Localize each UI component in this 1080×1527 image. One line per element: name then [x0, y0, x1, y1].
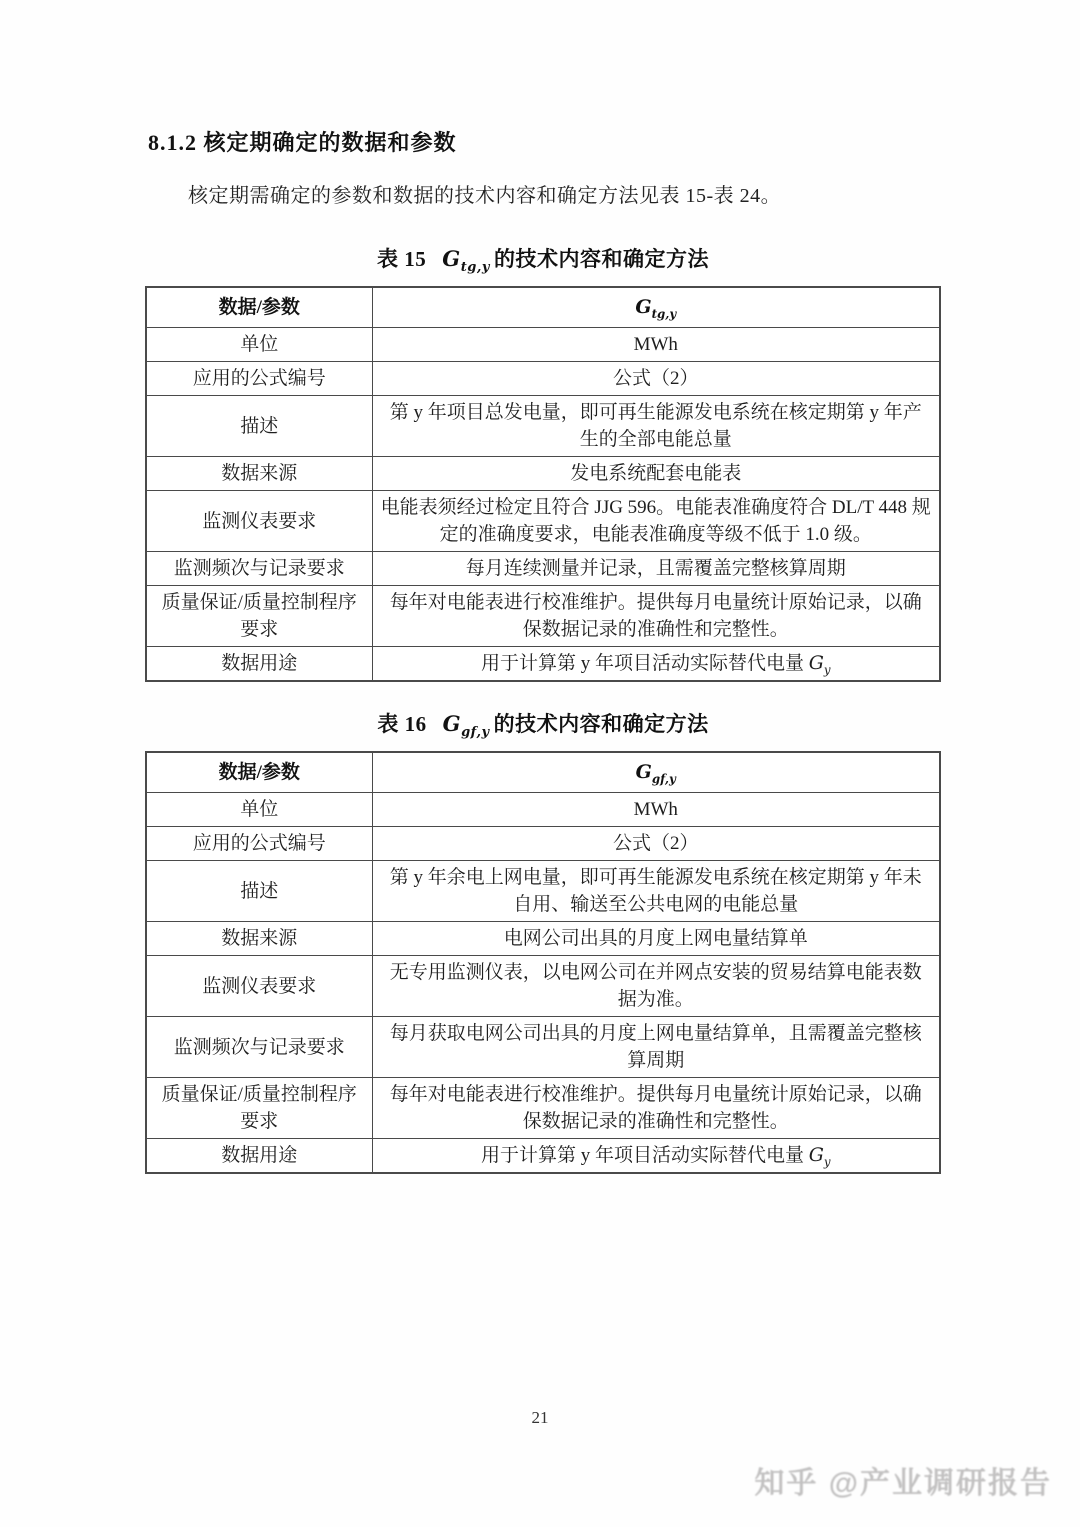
table-row: 监测频次与记录要求 每月连续测量并记录，且需覆盖完整核算周期 [146, 552, 940, 586]
symbol-base: G [443, 711, 461, 736]
row-value-cell: 每年对电能表进行校准维护。提供每月电量统计原始记录，以确保数据记录的准确性和完整… [372, 1078, 940, 1139]
row-label-cell: 数据来源 [146, 922, 372, 956]
row-label-cell: 监测频次与记录要求 [146, 552, 372, 586]
row-label-cell: 监测频次与记录要求 [146, 1017, 372, 1078]
symbol-subscript: y [824, 663, 831, 677]
table-row: 数据用途 用于计算第 y 年项目活动实际替代电量 Gy [146, 647, 940, 682]
row-label-cell: 监测仪表要求 [146, 491, 372, 552]
table-row: 监测仪表要求 无专用监测仪表，以电网公司在并网点安装的贸易结算电能表数据为准。 [146, 956, 940, 1017]
row-value-text: 用于计算第 y 年项目活动实际替代电量 [481, 653, 809, 674]
intro-paragraph: 核定期需确定的参数和数据的技术内容和确定方法见表 15-表 24。 [188, 179, 781, 208]
parameter-symbol: Gtg,y [635, 297, 676, 318]
row-label-cell: 质量保证/质量控制程序要求 [146, 586, 372, 647]
row-label-cell: 数据来源 [146, 457, 372, 491]
table15-caption-text: 的技术内容和确定方法 [494, 247, 709, 271]
table15-caption-symbol: Gtg,y [442, 247, 490, 271]
row-value-cell: 第 y 年项目总发电量，即可再生能源发电系统在核定期第 y 年产生的全部电能总量 [372, 396, 940, 457]
parameter-symbol: Gy [809, 1145, 831, 1166]
table-row: 质量保证/质量控制程序要求 每年对电能表进行校准维护。提供每月电量统计原始记录，… [146, 1078, 940, 1139]
row-label-cell: 质量保证/质量控制程序要求 [146, 1078, 372, 1139]
header-value-cell: Gtg,y [372, 287, 940, 328]
row-label-cell: 数据用途 [146, 1139, 372, 1174]
row-value-cell: 发电系统配套电能表 [372, 457, 940, 491]
page-number: 21 [0, 1408, 1080, 1428]
row-value-cell: 公式（2） [372, 827, 940, 861]
table15-caption-number: 表 15 [377, 247, 426, 271]
row-label-cell: 应用的公式编号 [146, 827, 372, 861]
symbol-subscript: gf,y [461, 725, 490, 740]
row-value-cell: MWh [372, 328, 940, 362]
symbol-subscript: tg,y [652, 307, 677, 321]
symbol-base: G [636, 761, 652, 783]
table-row: 描述 第 y 年余电上网电量，即可再生能源发电系统在核定期第 y 年未自用、输送… [146, 861, 940, 922]
table-row: 监测仪表要求 电能表须经过检定且符合 JJG 596。电能表准确度符合 DL/T… [146, 491, 940, 552]
row-value-cell: MWh [372, 793, 940, 827]
table-row: 数据来源 电网公司出具的月度上网电量结算单 [146, 922, 940, 956]
table-header-row: 数据/参数 Gtg,y [146, 287, 940, 328]
symbol-base: G [809, 652, 824, 674]
table-row: 描述 第 y 年项目总发电量，即可再生能源发电系统在核定期第 y 年产生的全部电… [146, 396, 940, 457]
table-row: 质量保证/质量控制程序要求 每年对电能表进行校准维护。提供每月电量统计原始记录，… [146, 586, 940, 647]
row-label-cell: 数据用途 [146, 647, 372, 682]
table16-caption: 表 16Ggf,y的技术内容和确定方法 [145, 708, 941, 738]
symbol-subscript: y [824, 1155, 831, 1169]
symbol-base: G [809, 1144, 824, 1166]
row-value-cell: 电网公司出具的月度上网电量结算单 [372, 922, 940, 956]
row-value-cell: 每年对电能表进行校准维护。提供每月电量统计原始记录，以确保数据记录的准确性和完整… [372, 586, 940, 647]
row-label-cell: 监测仪表要求 [146, 956, 372, 1017]
row-value-cell: 用于计算第 y 年项目活动实际替代电量 Gy [372, 647, 940, 682]
row-label-cell: 应用的公式编号 [146, 362, 372, 396]
table16-caption-text: 的技术内容和确定方法 [494, 712, 709, 736]
table-row: 应用的公式编号 公式（2） [146, 362, 940, 396]
header-label-cell: 数据/参数 [146, 287, 372, 328]
row-value-cell: 无专用监测仪表，以电网公司在并网点安装的贸易结算电能表数据为准。 [372, 956, 940, 1017]
document-page: 8.1.2 核定期确定的数据和参数 核定期需确定的参数和数据的技术内容和确定方法… [0, 0, 1080, 1527]
parameter-symbol: Ggf,y [636, 762, 676, 783]
row-label-cell: 单位 [146, 793, 372, 827]
row-value-cell: 电能表须经过检定且符合 JJG 596。电能表准确度符合 DL/T 448 规定… [372, 491, 940, 552]
table16: 数据/参数 Ggf,y 单位 MWh 应用的公式编号 公式（2） 描述 第 y … [145, 751, 941, 1174]
header-value-cell: Ggf,y [372, 752, 940, 793]
section-heading: 8.1.2 核定期确定的数据和参数 [148, 126, 457, 157]
row-label-cell: 描述 [146, 396, 372, 457]
row-label-cell: 描述 [146, 861, 372, 922]
symbol-subscript: tg,y [461, 260, 490, 275]
table-row: 单位 MWh [146, 793, 940, 827]
symbol-base: G [635, 296, 651, 318]
row-value-text: 用于计算第 y 年项目活动实际替代电量 [481, 1145, 809, 1166]
symbol-subscript: gf,y [652, 772, 676, 786]
row-value-cell: 用于计算第 y 年项目活动实际替代电量 Gy [372, 1139, 940, 1174]
row-value-cell: 公式（2） [372, 362, 940, 396]
table15-caption: 表 15Gtg,y的技术内容和确定方法 [145, 243, 941, 273]
row-label-cell: 单位 [146, 328, 372, 362]
symbol-base: G [442, 246, 460, 271]
table-header-row: 数据/参数 Ggf,y [146, 752, 940, 793]
row-value-cell: 每月获取电网公司出具的月度上网电量结算单，且需覆盖完整核算周期 [372, 1017, 940, 1078]
table16-caption-number: 表 16 [377, 712, 426, 736]
row-value-cell: 第 y 年余电上网电量，即可再生能源发电系统在核定期第 y 年未自用、输送至公共… [372, 861, 940, 922]
parameter-symbol: Gy [809, 653, 831, 674]
table16-caption-symbol: Ggf,y [443, 712, 490, 736]
table15: 数据/参数 Gtg,y 单位 MWh 应用的公式编号 公式（2） 描述 第 y … [145, 286, 941, 682]
table-row: 监测频次与记录要求 每月获取电网公司出具的月度上网电量结算单，且需覆盖完整核算周… [146, 1017, 940, 1078]
header-label-cell: 数据/参数 [146, 752, 372, 793]
table-row: 单位 MWh [146, 328, 940, 362]
table-row: 数据用途 用于计算第 y 年项目活动实际替代电量 Gy [146, 1139, 940, 1174]
watermark-text: 知乎 @产业调研报告 [754, 1458, 1052, 1502]
table-row: 数据来源 发电系统配套电能表 [146, 457, 940, 491]
row-value-cell: 每月连续测量并记录，且需覆盖完整核算周期 [372, 552, 940, 586]
table-row: 应用的公式编号 公式（2） [146, 827, 940, 861]
